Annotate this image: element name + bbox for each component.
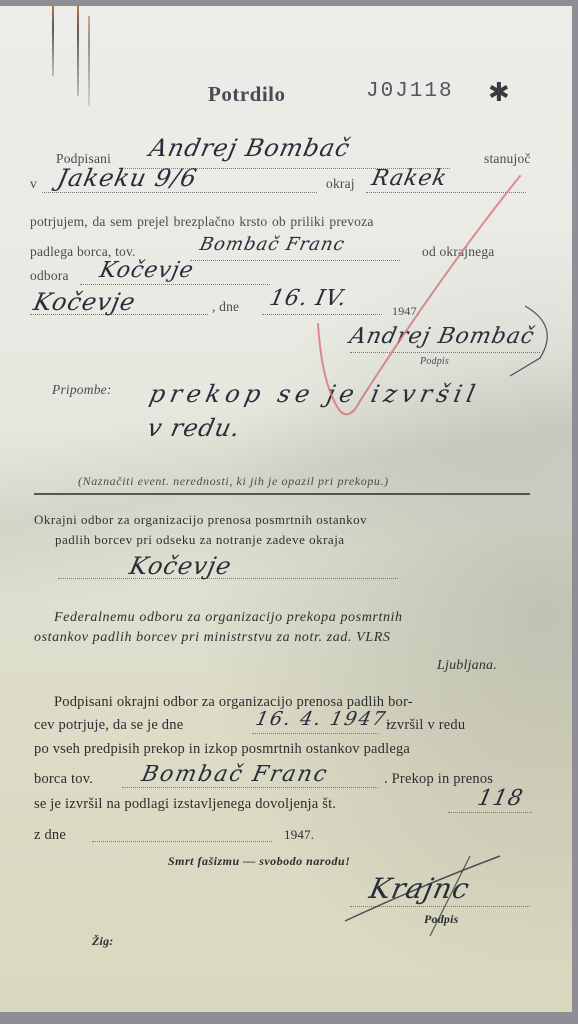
committee-district-field: Kočevje — [127, 552, 235, 580]
document-page: Potrdilo J0J118 ✱ Podpisani Andrej Bomba… — [0, 6, 572, 1012]
addressee-city: Ljubljana. — [437, 658, 497, 674]
committee-signature-label: Podpis — [424, 912, 459, 927]
signed-name-field: Andrej Bombač — [147, 134, 353, 162]
staple-mark — [52, 6, 54, 76]
staple-mark — [77, 6, 79, 96]
district-label: okraj — [326, 176, 355, 192]
asterisk-icon: ✱ — [488, 78, 510, 108]
receipt-signature: Andrej Bombač — [347, 324, 537, 349]
signature-label: Podpis — [420, 356, 449, 367]
committee-line-2: padlih borcev pri odseku za notranje zad… — [55, 532, 345, 548]
date-field: 16. IV. — [267, 286, 349, 311]
confirmation-line-6-prefix: z dne — [34, 827, 66, 844]
committee-signature: Krajnc — [366, 872, 472, 905]
committee-label: odbora — [30, 268, 69, 284]
slogan: Smrt fašizmu — svobodo narodu! — [168, 854, 350, 869]
residing-label: stanujoč — [484, 151, 531, 167]
remarks-label: Pripombe: — [52, 382, 112, 398]
page-title: Potrdilo — [208, 82, 286, 107]
stamp-label: Žig: — [92, 934, 113, 949]
confirmation-fallen-name-field: Bombač Franc — [139, 762, 331, 787]
addressee-line-1: Federalnemu odboru za organizacijo preko… — [54, 610, 403, 626]
confirmation-line-2-prefix: cev potrjuje, da se je dne — [34, 717, 183, 734]
confirmation-line-5-prefix: se je izvršil na podlagi izstavljenega d… — [34, 796, 336, 813]
confirmation-year: 1947. — [284, 827, 314, 843]
committee-field: Kočevje — [97, 258, 196, 283]
permit-number-field: 118 — [475, 786, 525, 811]
remarks-note: (Naznačiti event. nerednosti, ki jih je … — [78, 474, 389, 489]
addressee-line-2: ostankov padlih borcev pri ministrstvu z… — [34, 630, 390, 646]
address-field: Jakeku 9/6 — [55, 164, 200, 192]
staple-mark — [88, 16, 90, 106]
confirmation-line-2-suffix: izvršil v redu — [386, 717, 465, 734]
year-label: 1947. — [392, 304, 420, 319]
place-field: Kočevje — [31, 288, 139, 316]
confirm-text: potrjujem, da sem prejel brezplačno krst… — [30, 214, 374, 230]
serial-number: J0J118 — [366, 80, 454, 103]
committee-line-1: Okrajni odbor za organizacijo prenosa po… — [34, 512, 367, 528]
date-label: , dne — [212, 299, 239, 315]
confirmation-line-4-prefix: borca tov. — [34, 771, 93, 788]
in-label: v — [30, 176, 37, 192]
from-committee-label: od okrajnega — [422, 244, 495, 260]
exhumation-date-field: 16. 4. 1947. — [254, 708, 398, 730]
section-divider — [34, 493, 530, 495]
fallen-name-field: Bombač Franc — [198, 234, 347, 255]
confirmation-line-3: po vseh predpisih prekop in izkop posmrt… — [34, 741, 410, 758]
remarks-line-2: v redu. — [145, 414, 243, 442]
district-field: Rakek — [369, 166, 449, 191]
remarks-line-1: prekop se je izvršil — [147, 380, 482, 408]
confirmation-line-4-suffix: . Prekop in prenos — [384, 771, 493, 788]
